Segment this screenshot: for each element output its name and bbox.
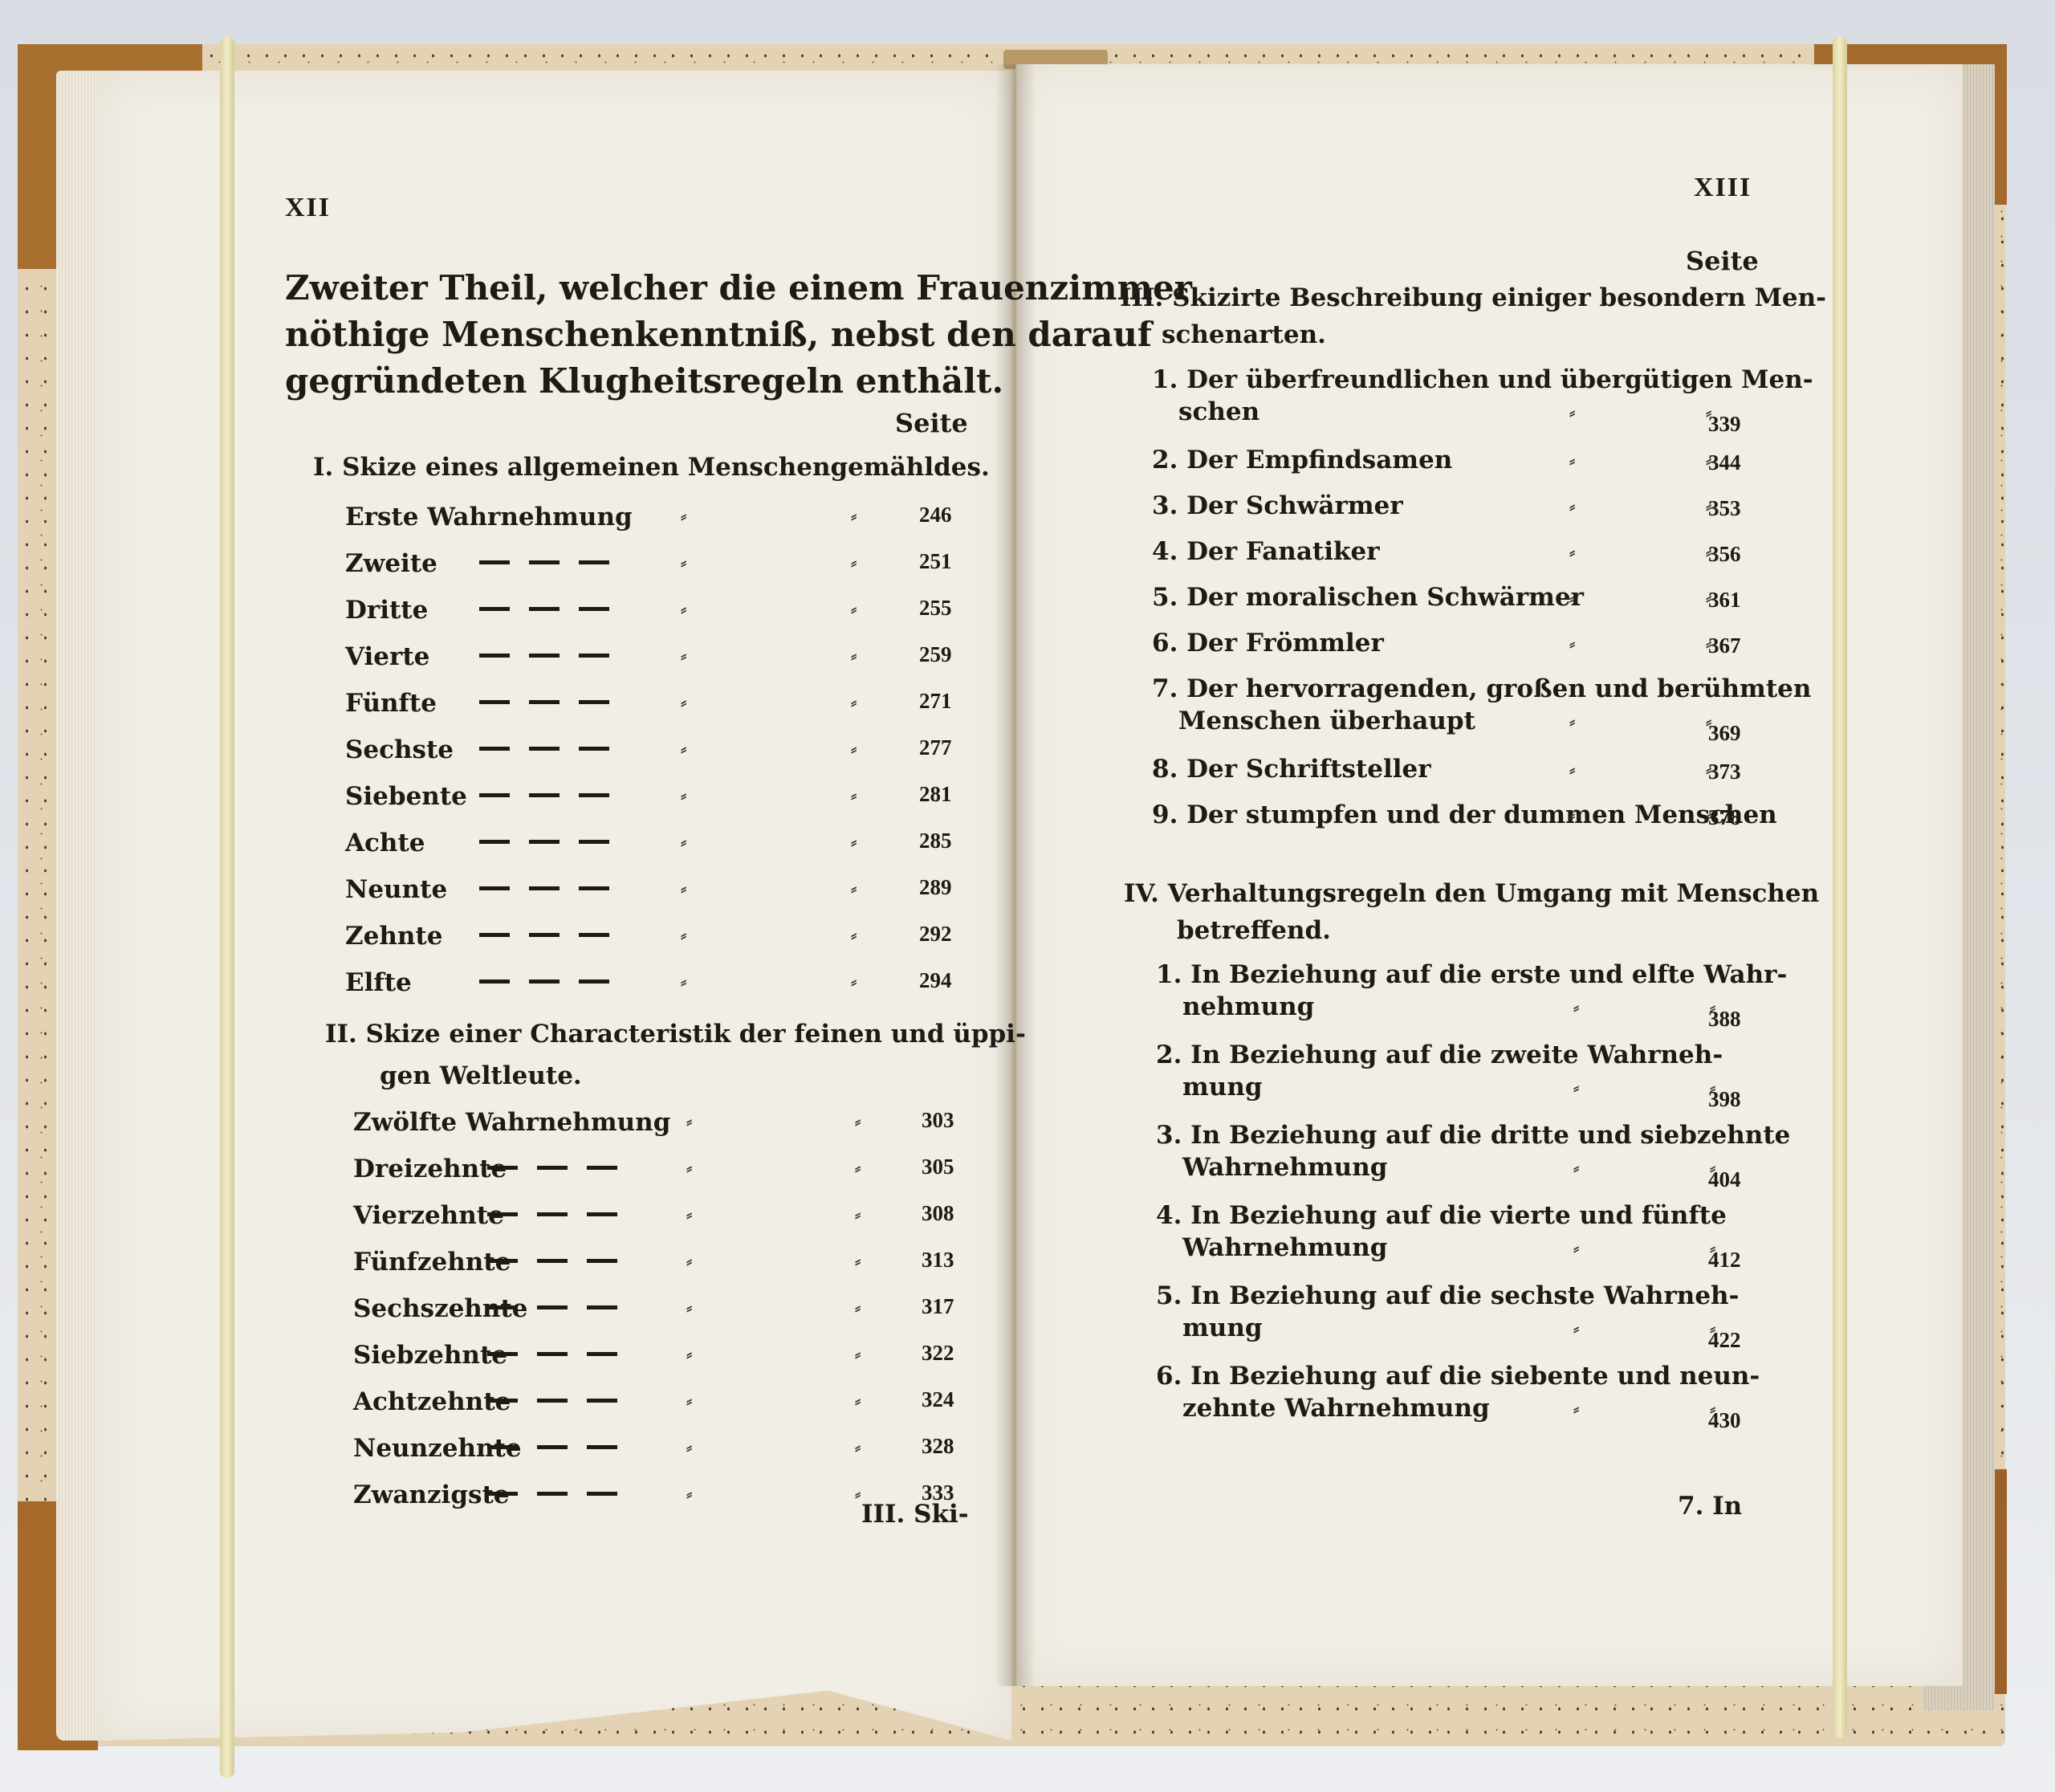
toc-entry-line: 5. Der moralischen Schwärmer	[1152, 583, 1584, 612]
dash-mark	[537, 1399, 568, 1403]
leader-dot: ⸗	[855, 1391, 861, 1411]
dash-mark	[579, 700, 609, 704]
dash-mark	[479, 933, 510, 937]
dash-mark	[579, 886, 609, 890]
dash-mark	[587, 1352, 617, 1356]
dash-mark	[579, 979, 609, 984]
section-title-ii: II. Skize einer Characteristik der feine…	[325, 1013, 1026, 1097]
leader-dot: ⸗	[1569, 760, 1575, 780]
leader-dot: ⸗	[681, 552, 686, 573]
dash-mark	[587, 1305, 617, 1309]
toc-entry-label: Fünfte	[345, 689, 437, 718]
book-gutter	[995, 64, 1036, 1686]
page-ref: 324	[922, 1387, 954, 1412]
leader-dot: ⸗	[855, 1111, 861, 1132]
section-title-iv: IV. Verhaltungsregeln den Umgang mit Men…	[1124, 875, 1819, 949]
page-ref: 294	[919, 968, 952, 993]
section-title-iii: III. Skizirte Beschreibung einiger beson…	[1120, 279, 1826, 353]
leader-dot: ⸗	[686, 1111, 692, 1132]
dash-mark	[479, 560, 510, 564]
page-number-right: XIII	[1694, 173, 1752, 203]
toc-entry-line: 2. Der Empfindsamen	[1152, 446, 1452, 474]
dash-mark	[479, 747, 510, 751]
dash-mark	[479, 793, 510, 797]
dash-mark	[479, 654, 510, 658]
toc-entry-line: mung	[1182, 1073, 1263, 1102]
toc-entry-line: mung	[1182, 1313, 1263, 1342]
toc-entry-label: Zwölfte Wahrnehmung	[353, 1108, 670, 1137]
leader-dot: ⸗	[681, 739, 686, 760]
leader-dot: ⸗	[1569, 711, 1575, 732]
page-ref: 259	[919, 642, 952, 667]
dash-leader	[478, 1299, 627, 1314]
dash-mark	[537, 1445, 568, 1449]
section-title-line: II. Skize einer Characteristik der feine…	[325, 1013, 1026, 1055]
toc-entry-line: Wahrnehmung	[1182, 1233, 1387, 1262]
dash-mark	[529, 840, 560, 844]
section-title-line: gen Weltleute.	[325, 1055, 1026, 1097]
dash-leader	[478, 1392, 627, 1407]
leader-dot: ⸗	[855, 1484, 861, 1505]
toc-entry-line: 6. Der Frömmler	[1152, 629, 1384, 658]
dash-mark	[529, 793, 560, 797]
dash-mark	[479, 979, 510, 984]
page-ref: 292	[919, 922, 952, 947]
catchword-left: III. Ski-	[861, 1500, 969, 1529]
leader-dot: ⸗	[1569, 496, 1575, 517]
leader-dot: ⸗	[851, 925, 857, 946]
toc-entry-label: Achte	[345, 829, 425, 857]
dash-mark	[529, 700, 560, 704]
page-ref: 367	[1708, 633, 1741, 658]
leader-dot: ⸗	[681, 599, 686, 620]
leader-dot: ⸗	[686, 1344, 692, 1365]
leader-dot: ⸗	[686, 1297, 692, 1318]
dash-mark	[579, 933, 609, 937]
toc-entry-line: 8. Der Schriftsteller	[1152, 755, 1431, 784]
section-title-line: IV. Verhaltungsregeln den Umgang mit Men…	[1124, 875, 1819, 912]
dash-mark	[529, 979, 560, 984]
leader-dot: ⸗	[851, 878, 857, 899]
dash-mark	[529, 607, 560, 611]
page-ref: 369	[1708, 721, 1741, 746]
page-ref: 328	[922, 1434, 954, 1459]
dash-mark	[487, 1305, 518, 1309]
dash-mark	[579, 654, 609, 658]
leader-dot: ⸗	[681, 832, 686, 853]
dash-mark	[579, 793, 609, 797]
leader-dot: ⸗	[686, 1158, 692, 1179]
part-heading-line: nöthige Menschenkenntniß, nebst den dara…	[285, 312, 959, 358]
toc-entry-label: Vierte	[345, 642, 429, 671]
toc-entry-label: Zehnte	[345, 922, 442, 951]
page-ref: 322	[922, 1341, 954, 1366]
dash-leader	[470, 973, 619, 988]
dash-leader	[470, 787, 619, 802]
part-heading: Zweiter Theil, welcher die einem Frauenz…	[285, 265, 959, 405]
leader-dot: ⸗	[1569, 402, 1575, 423]
leader-dot: ⸗	[851, 739, 857, 760]
page-ref: 251	[919, 549, 952, 574]
toc-entry-line: 6. In Beziehung auf die siebente und neu…	[1156, 1362, 1760, 1391]
page-ref: 277	[919, 735, 952, 760]
dash-leader	[470, 647, 619, 662]
toc-entry-line: Wahrnehmung	[1182, 1153, 1387, 1182]
dash-leader	[478, 1346, 627, 1361]
dash-leader	[470, 694, 619, 709]
leader-dot: ⸗	[1569, 450, 1575, 471]
leader-dot: ⸗	[1573, 1077, 1579, 1098]
page-ref: 281	[919, 782, 952, 807]
page-ref: 353	[1708, 496, 1741, 521]
dash-mark	[579, 607, 609, 611]
toc-entry-line: 5. In Beziehung auf die sechste Wahrneh-	[1156, 1281, 1739, 1310]
dash-leader	[470, 927, 619, 942]
page-ref: 303	[922, 1108, 954, 1133]
page-ref: 378	[1708, 805, 1741, 830]
page-ref: 344	[1708, 450, 1741, 475]
leader-dot: ⸗	[851, 971, 857, 992]
toc-entry-line: schen	[1178, 397, 1259, 426]
page-ref: 356	[1708, 542, 1741, 567]
leader-dot: ⸗	[855, 1158, 861, 1179]
leader-dot: ⸗	[1569, 805, 1575, 826]
leader-dot: ⸗	[851, 506, 857, 527]
part-heading-line: Zweiter Theil, welcher die einem Frauenz…	[285, 265, 959, 312]
dash-mark	[529, 560, 560, 564]
page-ref: 317	[922, 1294, 954, 1319]
dash-mark	[587, 1212, 617, 1216]
dash-mark	[587, 1445, 617, 1449]
toc-entry-label: Dritte	[345, 596, 428, 625]
dash-mark	[579, 747, 609, 751]
dash-mark	[537, 1212, 568, 1216]
dash-mark	[529, 747, 560, 751]
leader-dot: ⸗	[855, 1437, 861, 1458]
page-ref: 373	[1708, 760, 1741, 784]
dash-mark	[587, 1166, 617, 1170]
dash-mark	[537, 1352, 568, 1356]
page-ref: 388	[1708, 1007, 1741, 1032]
part-heading-line: gegründeten Klugheitsregeln enthält.	[285, 358, 959, 405]
section-title-i: I. Skize eines allgemeinen Menschengemäh…	[313, 453, 990, 482]
dash-mark	[487, 1445, 518, 1449]
dash-mark	[529, 654, 560, 658]
page-ref: 313	[922, 1248, 954, 1273]
leader-dot: ⸗	[681, 692, 686, 713]
dash-leader	[470, 833, 619, 849]
toc-entry-line: 1. Der überfreundlichen und übergütigen …	[1152, 365, 1813, 394]
leader-dot: ⸗	[681, 506, 686, 527]
toc-entry-label: Sechste	[345, 735, 454, 764]
dash-leader	[478, 1252, 627, 1268]
dash-leader	[470, 880, 619, 895]
dash-mark	[587, 1399, 617, 1403]
leader-dot: ⸗	[1573, 1399, 1579, 1419]
leader-dot: ⸗	[851, 785, 857, 806]
dash-mark	[537, 1166, 568, 1170]
dash-mark	[479, 700, 510, 704]
dash-leader	[470, 554, 619, 569]
dash-mark	[487, 1212, 518, 1216]
rubber-band-left	[220, 36, 234, 1778]
leader-dot: ⸗	[1569, 588, 1575, 609]
dash-mark	[487, 1166, 518, 1170]
leader-dot: ⸗	[686, 1251, 692, 1272]
toc-entry-line: 3. In Beziehung auf die dritte und siebz…	[1156, 1121, 1790, 1150]
toc-entry-label: Erste Wahrnehmung	[345, 503, 633, 531]
toc-entry-line: 4. In Beziehung auf die vierte und fünft…	[1156, 1201, 1727, 1230]
page-ref: 271	[919, 689, 952, 714]
leader-dot: ⸗	[686, 1391, 692, 1411]
page-ref: 430	[1708, 1408, 1741, 1433]
page-ref: 305	[922, 1155, 954, 1179]
leader-dot: ⸗	[1573, 1238, 1579, 1259]
leader-dot: ⸗	[686, 1484, 692, 1505]
page-ref: 289	[919, 875, 952, 900]
page-ref: 255	[919, 596, 952, 621]
dash-leader	[478, 1159, 627, 1175]
toc-entry-line: 9. Der stumpfen und der dummen Menschen	[1152, 800, 1777, 829]
dash-mark	[587, 1259, 617, 1263]
section-title-line: schenarten.	[1120, 316, 1826, 353]
dash-mark	[537, 1492, 568, 1496]
dash-mark	[487, 1352, 518, 1356]
page-ref: 412	[1708, 1248, 1741, 1273]
leader-dot: ⸗	[681, 785, 686, 806]
leader-dot: ⸗	[851, 692, 857, 713]
leader-dot: ⸗	[681, 925, 686, 946]
toc-entry-line: zehnte Wahrnehmung	[1182, 1394, 1490, 1423]
leader-dot: ⸗	[855, 1297, 861, 1318]
dash-mark	[529, 886, 560, 890]
dash-leader	[478, 1439, 627, 1454]
seite-label-right: Seite	[1686, 246, 1759, 276]
toc-entry-line: 2. In Beziehung auf die zweite Wahrneh-	[1156, 1041, 1723, 1069]
leader-dot: ⸗	[1573, 1158, 1579, 1179]
toc-entry-line: 4. Der Fanatiker	[1152, 537, 1380, 566]
leader-dot: ⸗	[1569, 633, 1575, 654]
dash-mark	[479, 607, 510, 611]
dash-leader	[478, 1206, 627, 1221]
leader-dot: ⸗	[851, 552, 857, 573]
leader-dot: ⸗	[855, 1204, 861, 1225]
toc-entry-line: 1. In Beziehung auf die erste und elfte …	[1156, 960, 1787, 989]
section-title-line: III. Skizirte Beschreibung einiger beson…	[1120, 279, 1826, 316]
dash-mark	[537, 1259, 568, 1263]
dash-mark	[487, 1399, 518, 1403]
leader-dot: ⸗	[1573, 997, 1579, 1018]
toc-entry-line: 3. Der Schwärmer	[1152, 491, 1403, 520]
toc-entry-label: Zweite	[345, 549, 437, 578]
leader-dot: ⸗	[686, 1204, 692, 1225]
leader-dot: ⸗	[681, 646, 686, 666]
page-ref: 422	[1708, 1328, 1741, 1353]
dash-mark	[579, 840, 609, 844]
seite-label-left: Seite	[895, 408, 968, 438]
dash-leader	[478, 1485, 627, 1501]
toc-entry-label: Siebente	[345, 782, 467, 811]
leader-dot: ⸗	[686, 1437, 692, 1458]
toc-entry-label: Neunte	[345, 875, 447, 904]
page-ref: 339	[1708, 412, 1741, 437]
dash-mark	[487, 1259, 518, 1263]
page-ref: 361	[1708, 588, 1741, 613]
leader-dot: ⸗	[681, 971, 686, 992]
dash-mark	[587, 1492, 617, 1496]
leader-dot: ⸗	[681, 878, 686, 899]
page-ref: 246	[919, 503, 952, 527]
page-ref: 404	[1708, 1167, 1741, 1192]
leader-dot: ⸗	[855, 1344, 861, 1365]
leader-dot: ⸗	[855, 1251, 861, 1272]
toc-entry-line: Menschen überhaupt	[1178, 707, 1475, 735]
toc-entry-line: 7. Der hervorragenden, großen und berühm…	[1152, 674, 1811, 703]
leader-dot: ⸗	[851, 599, 857, 620]
page-number-left: XII	[285, 193, 331, 223]
dash-mark	[579, 560, 609, 564]
page-ref: 398	[1708, 1087, 1741, 1112]
dash-mark	[479, 840, 510, 844]
dash-mark	[537, 1305, 568, 1309]
leader-dot: ⸗	[1569, 542, 1575, 563]
page-ref: 285	[919, 829, 952, 853]
dash-mark	[487, 1492, 518, 1496]
catchword-right: 7. In	[1678, 1492, 1742, 1521]
page-ref: 308	[922, 1201, 954, 1226]
dash-mark	[529, 933, 560, 937]
rubber-band-right	[1833, 36, 1847, 1738]
dash-leader	[470, 601, 619, 616]
toc-entry-line: nehmung	[1182, 992, 1314, 1021]
dash-leader	[470, 740, 619, 755]
section-title-line: betreffend.	[1124, 912, 1819, 949]
leader-dot: ⸗	[851, 646, 857, 666]
toc-entry-label: Elfte	[345, 968, 412, 997]
leader-dot: ⸗	[851, 832, 857, 853]
dash-mark	[479, 886, 510, 890]
leader-dot: ⸗	[1573, 1318, 1579, 1339]
